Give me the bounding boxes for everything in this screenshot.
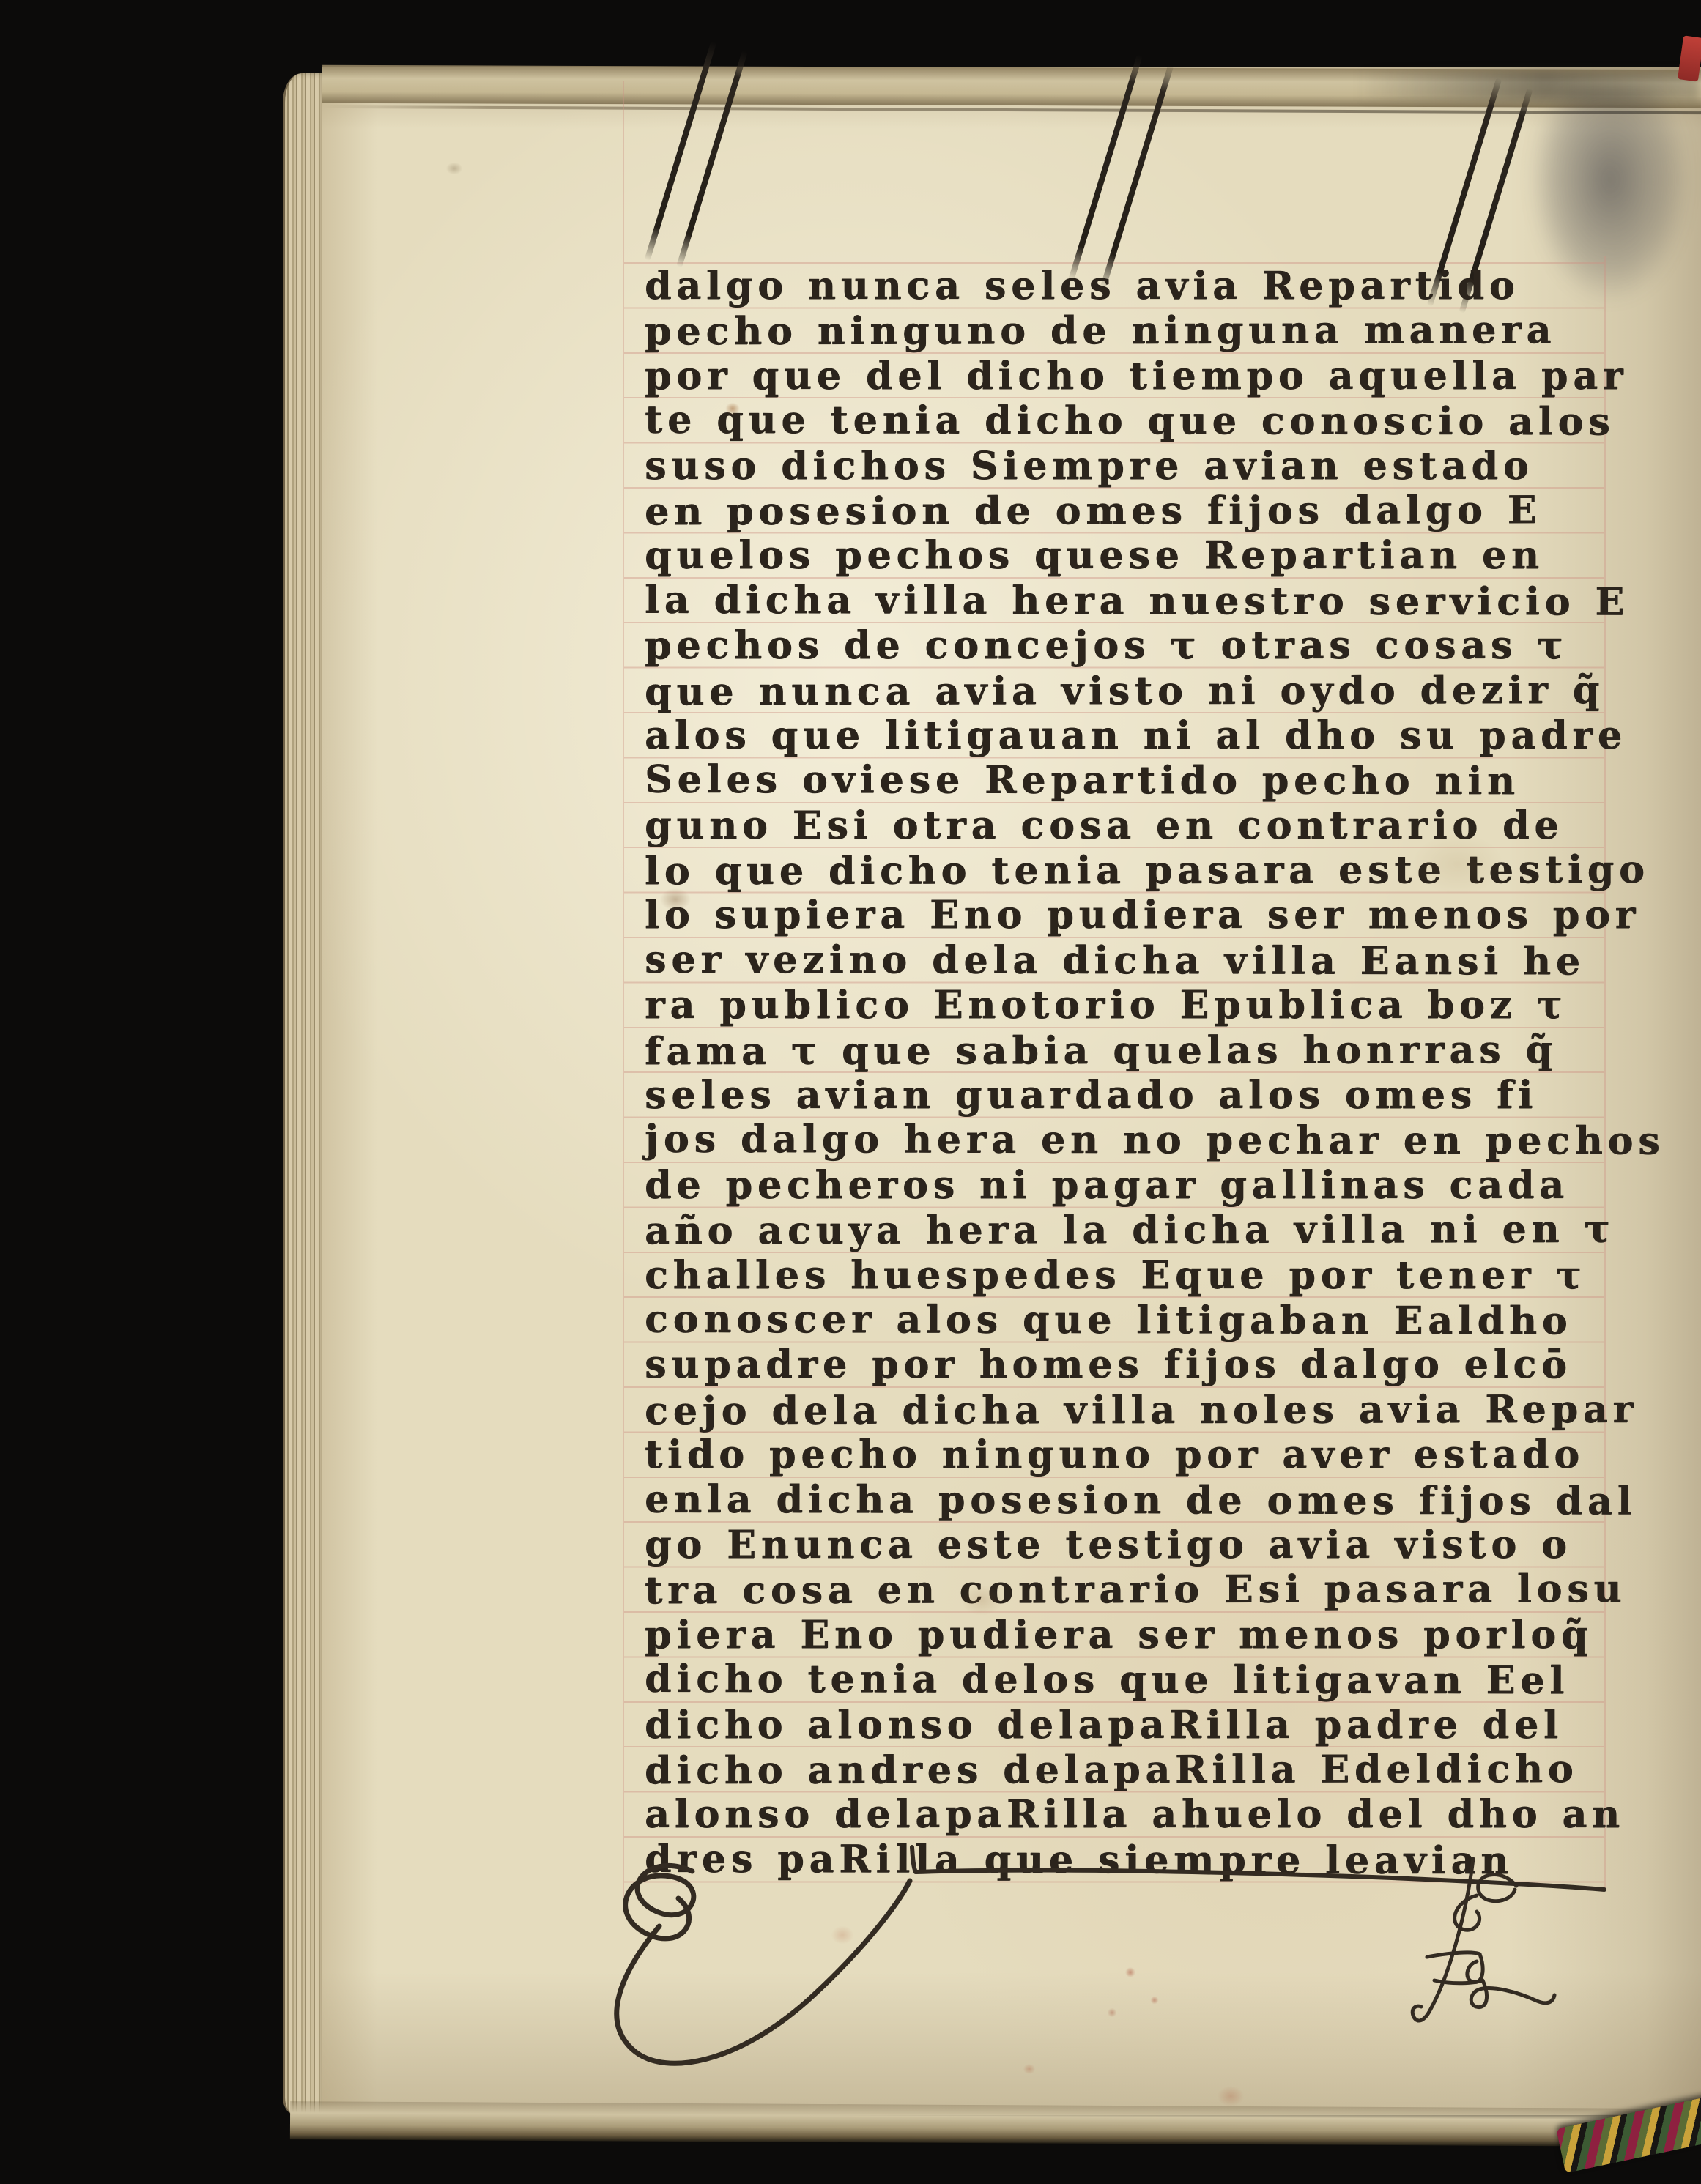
- manuscript-line: lo supiera Eno pudiera ser menos por: [645, 893, 1604, 937]
- manuscript-line: seles avian guardado alos omes fi: [645, 1073, 1604, 1118]
- manuscript-line: que nunca avia visto ni oydo dezir q̃: [645, 667, 1604, 714]
- manuscript-line: lo que dicho tenia pasara este testigo: [645, 847, 1604, 894]
- text-block: dalgo nunca seles avia Repartidopecho ni…: [645, 264, 1604, 1882]
- manuscript-line: en posesion de omes fijos dalgo E: [645, 488, 1604, 535]
- line-filler-flourish: [912, 1847, 1604, 1890]
- red-binding-sliver: [1678, 35, 1701, 81]
- manuscript-line: suso dichos Siempre avian estado: [645, 444, 1604, 489]
- manuscript-line: dalgo nunca seles avia Repartido: [645, 264, 1604, 308]
- manuscript-line: ra publico Enotorio Epublica boz τ: [645, 983, 1604, 1028]
- manuscript-line: jos dalgo hera en no pechar en pechos: [645, 1117, 1604, 1164]
- rubric-zigzag-1: [1427, 1953, 1483, 1983]
- manuscript-line: de pecheros ni pagar gallinas cada: [645, 1163, 1604, 1208]
- manuscript-line: dicho tenia delos que litigavan Eel: [645, 1657, 1604, 1704]
- rubric-loop-mid: [1455, 1895, 1480, 1930]
- book-leaf-edges-bottom: [290, 2101, 1648, 2147]
- manuscript-line: pechos de concejos τ otras cosas τ: [645, 623, 1604, 668]
- manuscript-line: conoscer alos que litigaban Ealdho: [645, 1297, 1604, 1344]
- manuscript-line: fama τ que sabia quelas honrras q̃: [645, 1027, 1604, 1074]
- manuscript-line: quelos pechos quese Repartian en: [645, 533, 1604, 578]
- manuscript-line: ser vezino dela dicha villa Eansi he: [645, 937, 1604, 984]
- manuscript-line: pecho ninguno de ninguna manera: [645, 308, 1604, 354]
- manuscript-line: año acuya hera la dicha villa ni en τ: [645, 1207, 1604, 1254]
- rubric-loop-top: [1478, 1875, 1516, 1901]
- manuscript-line: tido pecho ninguno por aver estado: [645, 1433, 1604, 1477]
- margin-rule-right: [1604, 256, 1606, 1891]
- manuscript-photo: dalgo nunca seles avia Repartidopecho ni…: [0, 0, 1701, 2184]
- manuscript-line: challes huespedes Eque por tener τ: [645, 1253, 1604, 1298]
- manuscript-line: te que tenia dicho que conoscio alos: [645, 398, 1604, 445]
- manuscript-line: tra cosa en contrario Esi pasara losu: [645, 1567, 1604, 1613]
- paraph-flourish-bowl: [617, 1881, 910, 2063]
- manuscript-line: enla dicha posesion de omes fijos dal: [645, 1477, 1604, 1523]
- manuscript-line: piera Eno pudiera ser menos porloq̃: [645, 1613, 1604, 1657]
- manuscript-line: guno Esi otra cosa en contrario de: [645, 803, 1604, 848]
- manuscript-line: alos que litigauan ni al dho su padre: [645, 713, 1604, 758]
- book-leaf-edges-left: [283, 73, 327, 2115]
- manuscript-line: Seles oviese Repartido pecho nin: [645, 757, 1604, 804]
- manuscript-line: dicho alonso delapaRilla padre del: [645, 1703, 1604, 1747]
- manuscript-line: dicho andres delapaRilla Edeldicho: [645, 1747, 1604, 1794]
- margin-rule-left: [623, 81, 624, 1897]
- rubric-zigzag-2: [1434, 1980, 1554, 2007]
- manuscript-line: supadre por homes fijos dalgo elcō: [645, 1342, 1604, 1387]
- manuscript-line: go Enunca este testigo avia visto o: [645, 1523, 1604, 1567]
- manuscript-line: la dicha villa hera nuestro servicio E: [645, 577, 1604, 624]
- manuscript-line: cejo dela dicha villa noles avia Repar: [645, 1387, 1604, 1434]
- manuscript-line: por que del dicho tiempo aquella par: [645, 354, 1604, 398]
